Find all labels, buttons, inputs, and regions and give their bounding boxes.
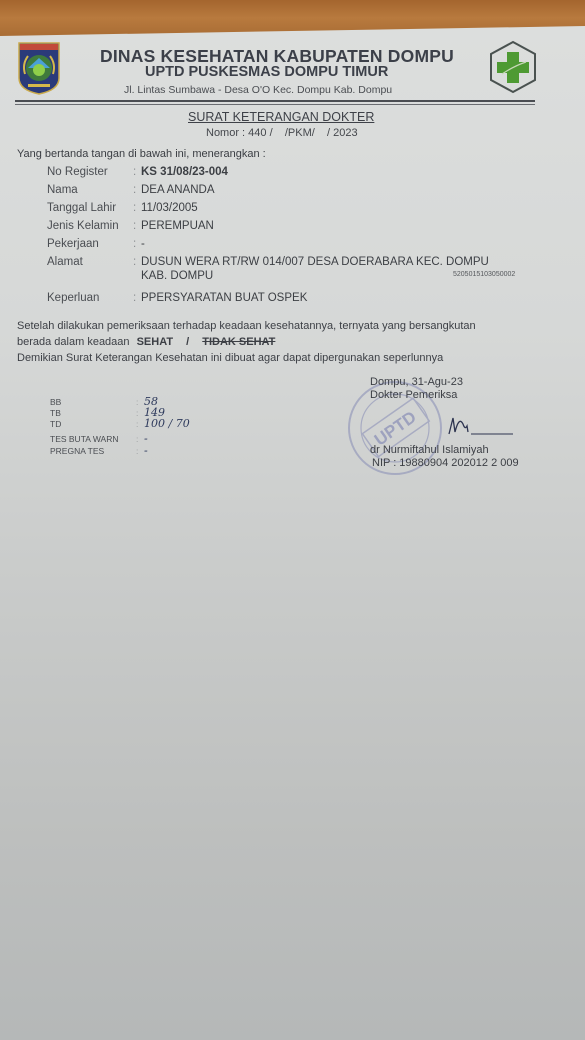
vital-label: PREGNA TES [50, 446, 136, 456]
signer-nip: NIP : 19880904 202012 2 009 [372, 457, 519, 469]
status-unhealthy-struck: TIDAK SEHAT [202, 336, 275, 348]
vital-value: 100 / 70 [144, 417, 190, 430]
nik-number: 5205015103050002 [453, 271, 515, 278]
field-alamat: Alamat:DUSUN WERA RT/RW 014/007 DESA DOE… [47, 256, 489, 268]
field-label: Keperluan [47, 292, 133, 304]
field-label: Jenis Kelamin [47, 220, 133, 232]
letterhead-rule [15, 100, 535, 102]
signer-name: dr Nurmiftahul Islamiyah [370, 444, 489, 456]
vital-label: TES BUTA WARN [50, 434, 136, 444]
field-pekerjaan: Pekerjaan:- [47, 238, 145, 250]
vital-pregna-tes: PREGNA TES:- [50, 444, 148, 457]
field-value: - [141, 238, 145, 250]
field-label: Tanggal Lahir [47, 202, 133, 214]
statement-line-2: berada dalam keadaan SEHAT / TIDAK SEHAT [17, 336, 275, 348]
field-value: KS 31/08/23-004 [141, 166, 228, 178]
agency-address: Jl. Lintas Sumbawa - Desa O'O Kec. Dompu… [124, 84, 392, 96]
intro-text: Yang bertanda tangan di bawah ini, mener… [17, 148, 266, 160]
field-label: No Register [47, 166, 133, 178]
field-label: Alamat [47, 256, 133, 268]
field-value: KAB. DOMPU [141, 270, 213, 282]
field-value: PEREMPUAN [141, 220, 214, 232]
field-value: DUSUN WERA RT/RW 014/007 DESA DOERABARA … [141, 256, 489, 268]
place-date: Dompu, 31-Agu-23 [370, 376, 463, 388]
field-nama: Nama:DEA ANANDA [47, 184, 215, 196]
field-label: Pekerjaan [47, 238, 133, 250]
signer-role: Dokter Pemeriksa [370, 389, 457, 401]
status-slash: / [186, 336, 189, 348]
document-number: Nomor : 440 / /PKM/ / 2023 [206, 127, 358, 139]
unit-name: UPTD PUSKESMAS DOMPU TIMUR [145, 64, 388, 80]
signature-scribble-icon [445, 412, 525, 447]
field-keperluan: Keperluan:PPERSYARATAN BUAT OSPEK [47, 292, 307, 304]
vital-value: - [144, 444, 148, 457]
statement-line-1: Setelah dilakukan pemeriksaan terhadap k… [17, 320, 476, 332]
field-label: Nama [47, 184, 133, 196]
field-value: DEA ANANDA [141, 184, 215, 196]
letterhead-rule-thin [15, 104, 535, 105]
field-jenis-kelamin: Jenis Kelamin:PEREMPUAN [47, 220, 214, 232]
paper-sheet [0, 26, 585, 1040]
vital-td: TD:100 / 70 [50, 417, 190, 430]
statement-prefix: berada dalam keadaan [17, 336, 130, 348]
field-alamat-line2: KAB. DOMPU [141, 270, 213, 282]
field-value: PPERSYARATAN BUAT OSPEK [141, 292, 307, 304]
document-title: SURAT KETERANGAN DOKTER [188, 110, 374, 124]
field-value: 11/03/2005 [141, 202, 198, 214]
field-no-register: No Register:KS 31/08/23-004 [47, 166, 228, 178]
vital-label: TD [50, 419, 136, 429]
puskesmas-logo-icon [488, 40, 538, 94]
kabupaten-emblem-icon [16, 40, 62, 96]
status-healthy: SEHAT [137, 336, 173, 348]
closing-text: Demikian Surat Keterangan Kesehatan ini … [17, 352, 443, 364]
field-tanggal-lahir: Tanggal Lahir:11/03/2005 [47, 202, 198, 214]
